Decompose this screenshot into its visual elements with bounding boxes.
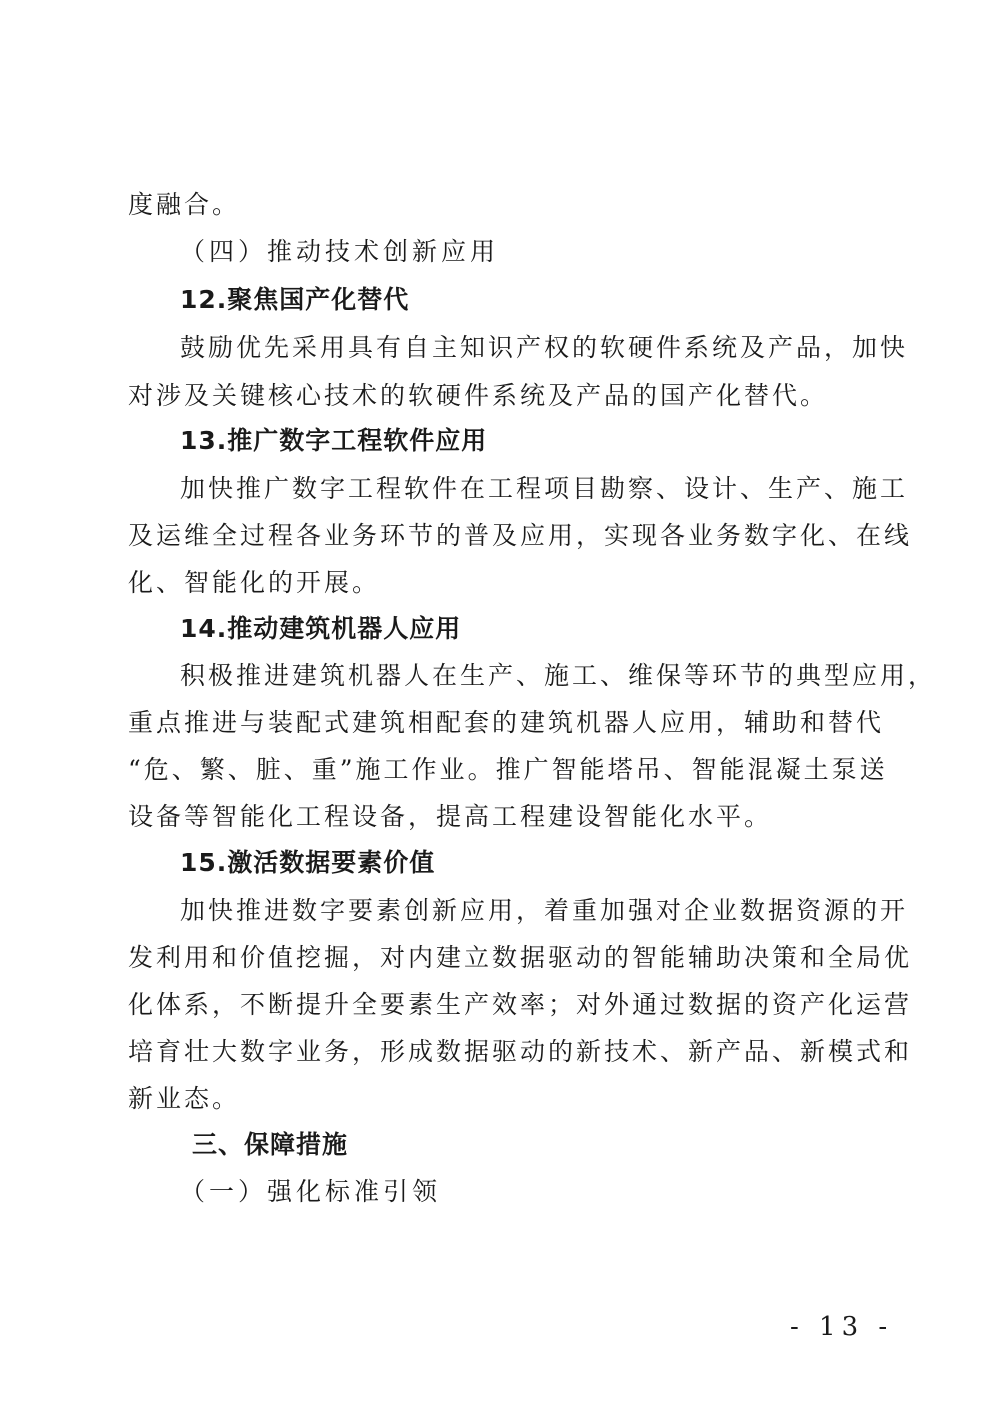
paragraph-line: 发利用和价值挖掘，对内建立数据驱动的智能辅助决策和全局优: [128, 943, 870, 973]
paragraph-line: 积极推进建筑机器人在生产、施工、维保等环节的典型应用，: [180, 661, 870, 691]
item-heading-12: 12.聚焦国产化替代: [180, 285, 409, 315]
paragraph-line: 度融合。: [128, 190, 870, 220]
paragraph-line: 化、智能化的开展。: [128, 568, 870, 598]
item-heading-14: 14.推动建筑机器人应用: [180, 614, 461, 644]
item-heading-13: 13.推广数字工程软件应用: [180, 426, 487, 456]
paragraph-line: 新业态。: [128, 1084, 870, 1114]
item-heading-15: 15.激活数据要素价值: [180, 848, 435, 878]
paragraph-line: 培育壮大数字业务，形成数据驱动的新技术、新产品、新模式和: [128, 1037, 870, 1067]
paragraph-line: 及运维全过程各业务环节的普及应用，实现各业务数字化、在线: [128, 521, 870, 551]
page-number: - 13 -: [790, 1312, 893, 1342]
paragraph-line: 化体系，不断提升全要素生产效率；对外通过数据的资产化运营: [128, 990, 870, 1020]
paragraph-line: 重点推进与装配式建筑相配套的建筑机器人应用，辅助和替代: [128, 708, 870, 738]
paragraph-line: 加快推广数字工程软件在工程项目勘察、设计、生产、施工: [180, 474, 870, 504]
section-heading: 三、保障措施: [192, 1130, 348, 1160]
paragraph-line: “危、繁、脏、重”施工作业。推广智能塔吊、智能混凝土泵送: [128, 755, 870, 785]
subsection-heading: （四）推动技术创新应用: [180, 237, 499, 267]
paragraph-line: 加快推进数字要素创新应用，着重加强对企业数据资源的开: [180, 896, 870, 926]
subsection-heading: （一）强化标准引领: [180, 1177, 441, 1207]
paragraph-line: 鼓励优先采用具有自主知识产权的软硬件系统及产品，加快: [180, 333, 870, 363]
paragraph-line: 设备等智能化工程设备，提高工程建设智能化水平。: [128, 802, 870, 832]
paragraph-line: 对涉及关键核心技术的软硬件系统及产品的国产化替代。: [128, 381, 870, 411]
